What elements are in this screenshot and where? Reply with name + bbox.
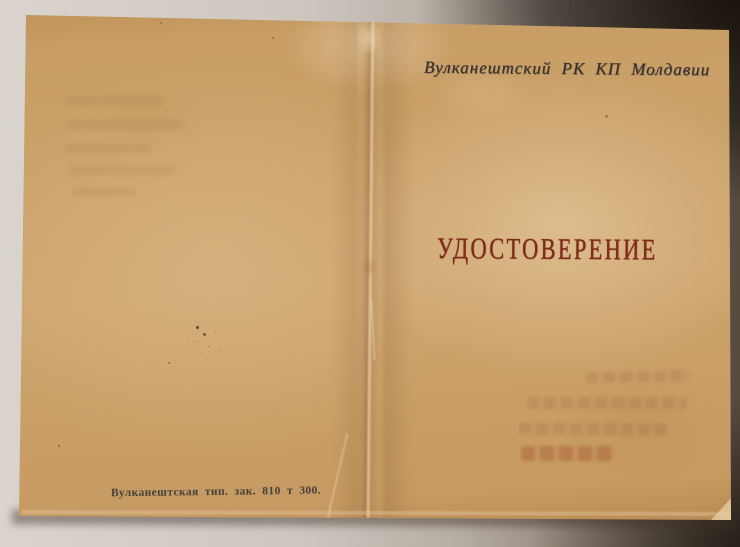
document-paper: Вулканештский РК КП Молдавии УДОСТОВЕРЕН… bbox=[0, 0, 740, 547]
photo-backdrop: Вулканештский РК КП Молдавии УДОСТОВЕРЕН… bbox=[0, 0, 740, 547]
bleedthrough-line bbox=[519, 422, 667, 435]
bleedthrough-line bbox=[527, 397, 687, 409]
ink-bleedthrough bbox=[0, 0, 740, 547]
print-shop-imprint: Вулканештская тип. зак. 810 т 300. bbox=[111, 485, 321, 500]
bleedthrough-line bbox=[521, 446, 613, 461]
issuing-authority-line: Вулканештский РК КП Молдавии bbox=[424, 58, 710, 80]
bleedthrough-line bbox=[586, 370, 690, 383]
certificate-title: УДОСТОВЕРЕНИЕ bbox=[437, 232, 658, 268]
